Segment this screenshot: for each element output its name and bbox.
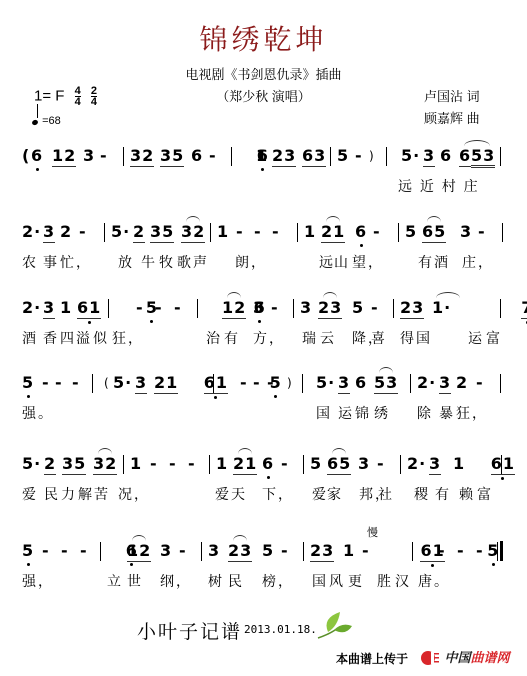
lyric-syllable: 家 [327, 484, 343, 504]
lyric-syllable: 民 [44, 484, 60, 504]
lyric-syllable: 声 [193, 252, 209, 272]
lyric-syllable: 有 [224, 328, 240, 348]
lyric-syllable: 强。 [22, 403, 54, 423]
lyric-syllable: 更 [348, 571, 364, 591]
composer-credit: 顾嘉辉 曲 [424, 108, 480, 127]
lyric-syllable: 云 [320, 328, 336, 348]
lyric-syllable: 强， [22, 571, 54, 591]
transcription-date: 2013.01.18. [244, 623, 317, 636]
lyric-syllable: 唐。 [418, 571, 450, 591]
lyric-syllable: 除 [417, 403, 433, 423]
lyric-syllable: 运 [338, 403, 354, 423]
lyric-syllable: 四 [60, 328, 76, 348]
site-name-part2: 曲谱网 [470, 650, 509, 665]
lyric-line: 远 近 村 庄 [398, 176, 480, 196]
lyric-syllable: 有 [435, 484, 451, 504]
lyric-syllable: 似 [93, 328, 109, 348]
lyric-syllable: 香 [43, 328, 59, 348]
notation-line: 2· 3 1 61 5 - - - 6 12 3 - 3 23 5 - 23 1… [0, 298, 111, 324]
lyric-syllable: 锦 [355, 403, 371, 423]
lyric-syllable: 运 [468, 328, 484, 348]
quarter-note-icon [31, 119, 38, 126]
lyric-syllable: 溢 [76, 328, 92, 348]
key-signature: 1= F 44 24 [34, 86, 97, 107]
lyric-syllable: 得 [400, 328, 416, 348]
lyric-syllable: 胜 [377, 571, 393, 591]
lyric-syllable: 爱 [215, 484, 231, 504]
score-row-4: 5 - - - ( 5· 3 21 61 5 - - - ) 5· 3 6 53… [0, 373, 527, 433]
score-row-6: 慢 5 - - - 6 12 3 - 3 23 5 - 23 1 - 61 5 … [0, 541, 527, 601]
lyric-syllable: 忙， [60, 252, 92, 272]
lyric-syllable: 下， [262, 484, 294, 504]
lyric-syllable: 喜 [371, 328, 387, 348]
lyric-syllable: 稷 [414, 484, 430, 504]
song-title: 锦绣乾坤 [0, 18, 527, 58]
lyric-syllable: 酒 [434, 252, 450, 272]
site-name-part1: 中国 [444, 650, 470, 665]
lyric-syllable: 牛 [141, 252, 157, 272]
score-row-2: 2· 3 2 - 5· 2 35 32 1 - - - 1 21 6 - 5 6… [0, 222, 527, 282]
lyric-syllable: 有 [418, 252, 434, 272]
notation-line: ( 6 12 3 - 32 35 6 - 6 1 23 63 5 - ) 5· … [0, 146, 31, 172]
lyric-syllable: 立 [107, 571, 123, 591]
lyricist-credit: 卢国沾 词 [424, 86, 480, 105]
lyric-syllable: 农 [22, 252, 38, 272]
lyric-syllable: 绣 [374, 403, 390, 423]
site-logo-icon [420, 650, 440, 666]
lyric-syllable: 暴 [439, 403, 455, 423]
final-barline [500, 541, 503, 561]
lyric-syllable: 朗， [235, 252, 267, 272]
score-row-3: 2· 3 1 61 5 - - - 6 12 3 - 3 23 5 - 23 1… [0, 298, 527, 358]
lyric-syllable: 牧 [159, 252, 175, 272]
upload-credit: 本曲谱上传于 [336, 650, 408, 667]
time-signature-2: 24 [91, 86, 97, 107]
lyric-syllable: 赖 [459, 484, 475, 504]
site-logo[interactable]: 中国曲谱网 [420, 647, 509, 667]
notation-line: 2· 3 2 - 5· 2 35 32 1 - - - 1 21 6 - 5 6… [0, 222, 12, 248]
lyric-syllable: 歌 [177, 252, 193, 272]
lyric-syllable: 汉 [395, 571, 411, 591]
lyric-syllable: 爱 [22, 484, 38, 504]
lyric-syllable: 方， [253, 328, 285, 348]
lyric-syllable: 放 [118, 252, 134, 272]
lyric-syllable: 国 [416, 328, 432, 348]
subtitle: 电视剧《书剑恩仇录》插曲 [0, 64, 527, 83]
lyric-syllable: 风 [329, 571, 345, 591]
lyric-syllable: 榜， [262, 571, 294, 591]
tempo-change-marking: 慢 [367, 524, 378, 540]
tempo-marking: =68 [32, 110, 61, 127]
lyric-syllable: 庄， [462, 252, 494, 272]
lyric-syllable: 民 [228, 571, 244, 591]
transcriber-signature: 小叶子记谱 [137, 617, 242, 644]
lyric-syllable: 事 [43, 252, 59, 272]
lyric-syllable: 远 [319, 252, 335, 272]
lyric-syllable: 力 [61, 484, 77, 504]
lyric-syllable: 山 [334, 252, 350, 272]
lyric-syllable: 治 [206, 328, 222, 348]
lyric-syllable: 狂， [112, 328, 144, 348]
lyric-syllable: 国 [312, 571, 328, 591]
notation-line: 5 - - - 6 12 3 - 3 23 5 - 23 1 - 61 5 - … [0, 541, 80, 567]
notation-line: 5 - - - ( 5· 3 21 61 5 - - - ) 5· 3 6 53… [0, 373, 62, 399]
key-label: 1= F [34, 87, 64, 104]
score-row-1: ( 6 12 3 - 32 35 6 - 6 1 23 63 5 - ) 5· … [0, 146, 527, 206]
lyric-syllable: 望， [352, 252, 384, 272]
lyric-syllable: 纲， [160, 571, 192, 591]
lyric-syllable: 社 [378, 484, 394, 504]
lyric-syllable: 树 [208, 571, 224, 591]
lyric-syllable: 酒 [22, 328, 38, 348]
lyric-syllable: 解 [78, 484, 94, 504]
lyric-syllable: 瑞 [302, 328, 318, 348]
score-row-5: 5· 2 35 32 1 - - - 1 21 6 - 5 65 3 - 2· … [0, 454, 527, 514]
time-signature-1: 44 [75, 86, 81, 107]
lyric-syllable: 国 [316, 403, 332, 423]
lyric-syllable: 狂， [456, 403, 488, 423]
notation-line: 5· 2 35 32 1 - - - 1 21 6 - 5 65 3 - 2· … [0, 454, 43, 480]
lyric-syllable: 苦 [94, 484, 110, 504]
lyric-syllable: 富 [477, 484, 493, 504]
lyric-syllable: 世 [127, 571, 143, 591]
lyric-syllable: 爱 [312, 484, 328, 504]
lyric-syllable: 富 [486, 328, 502, 348]
lyric-syllable: 况， [118, 484, 150, 504]
lyric-syllable: 天 [231, 484, 247, 504]
leaf-icon [316, 610, 352, 645]
